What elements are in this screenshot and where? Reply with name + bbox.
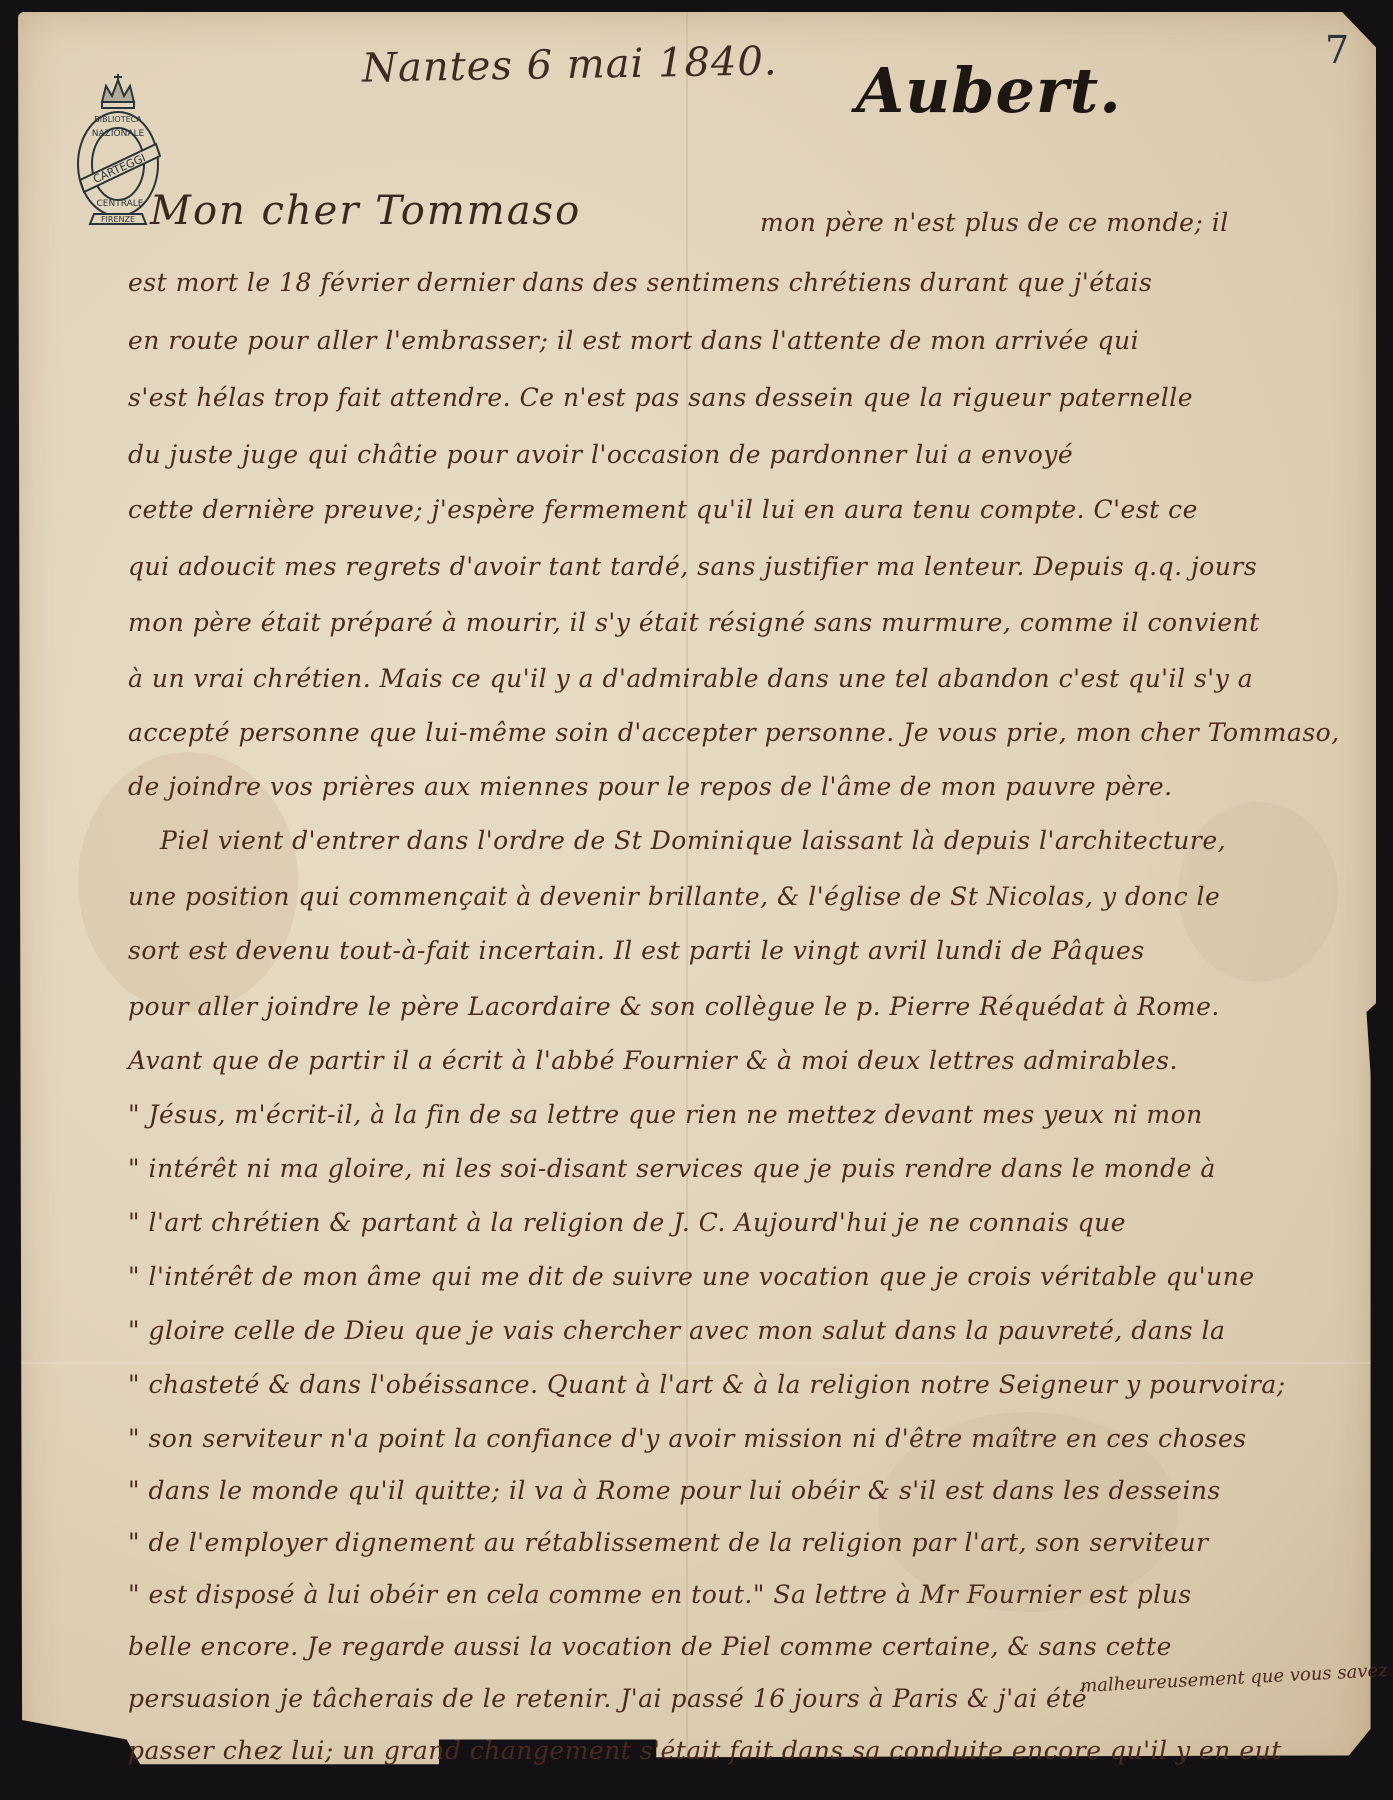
letter-line: est mort le 18 février dernier dans des … (128, 268, 1358, 297)
letter-line: " chasteté & dans l'obéissance. Quant à … (128, 1370, 1358, 1399)
letter-line: " est disposé à lui obéir en cela comme … (128, 1580, 1358, 1609)
svg-text:NAZIONALE: NAZIONALE (92, 129, 145, 139)
letter-line: pour aller joindre le père Lacordaire & … (128, 992, 1358, 1021)
recipient-annotation: Aubert. (856, 54, 1122, 127)
letter-line: " l'art chrétien & partant à la religion… (128, 1208, 1358, 1237)
svg-text:CENTRALE: CENTRALE (97, 199, 144, 209)
letter-line: de joindre vos prières aux miennes pour … (128, 772, 1358, 801)
letter-line: " dans le monde qu'il quitte; il va à Ro… (128, 1476, 1358, 1505)
letter-line: en route pour aller l'embrasser; il est … (128, 326, 1358, 355)
page-number: 7 (1325, 28, 1349, 72)
place-and-date: Nantes 6 mai 1840. (362, 38, 778, 91)
letter-line: sort est devenu tout-à-fait incertain. I… (128, 936, 1358, 965)
letter-line: Piel vient d'entrer dans l'ordre de St D… (160, 826, 1390, 855)
letter-line: qui adoucit mes regrets d'avoir tant tar… (128, 552, 1358, 581)
letter-line: cette dernière preuve; j'espère fermemen… (128, 495, 1358, 524)
paper-fold (18, 1362, 1376, 1364)
svg-text:BIBLIOTECA: BIBLIOTECA (94, 115, 142, 124)
letter-line: passer chez lui; un grand changement s'é… (128, 1736, 1358, 1765)
letter-line: " l'intérêt de mon âme qui me dit de sui… (128, 1262, 1358, 1291)
svg-text:CARTEGGI: CARTEGGI (91, 151, 147, 186)
letter-line: à un vrai chrétien. Mais ce qu'il y a d'… (128, 664, 1358, 693)
letter-line: mon père était préparé à mourir, il s'y … (128, 608, 1358, 637)
letter-line: s'est hélas trop fait attendre. Ce n'est… (128, 383, 1358, 412)
letter-line: Avant que de partir il a écrit à l'abbé … (128, 1046, 1358, 1075)
letter-line: " Jésus, m'écrit-il, à la fin de sa lett… (128, 1100, 1358, 1129)
letter-line: " de l'employer dignement au rétablissem… (128, 1528, 1358, 1557)
letter-line: une position qui commençait à devenir br… (128, 882, 1358, 911)
salutation: Mon cher Tommaso (150, 188, 581, 234)
letter-line: accepté personne que lui-même soin d'acc… (128, 718, 1358, 747)
letter-line: belle encore. Je regarde aussi la vocati… (128, 1632, 1358, 1661)
svg-text:FIRENZE: FIRENZE (101, 215, 135, 224)
letter-line: " gloire celle de Dieu que je vais cherc… (128, 1316, 1358, 1345)
letter-line: du juste juge qui châtie pour avoir l'oc… (128, 440, 1358, 469)
letter-line: mon père n'est plus de ce monde; il (760, 208, 1360, 237)
letter-line: " intérêt ni ma gloire, ni les soi-disan… (128, 1154, 1358, 1183)
letter-line: " son serviteur n'a point la confiance d… (128, 1424, 1358, 1453)
